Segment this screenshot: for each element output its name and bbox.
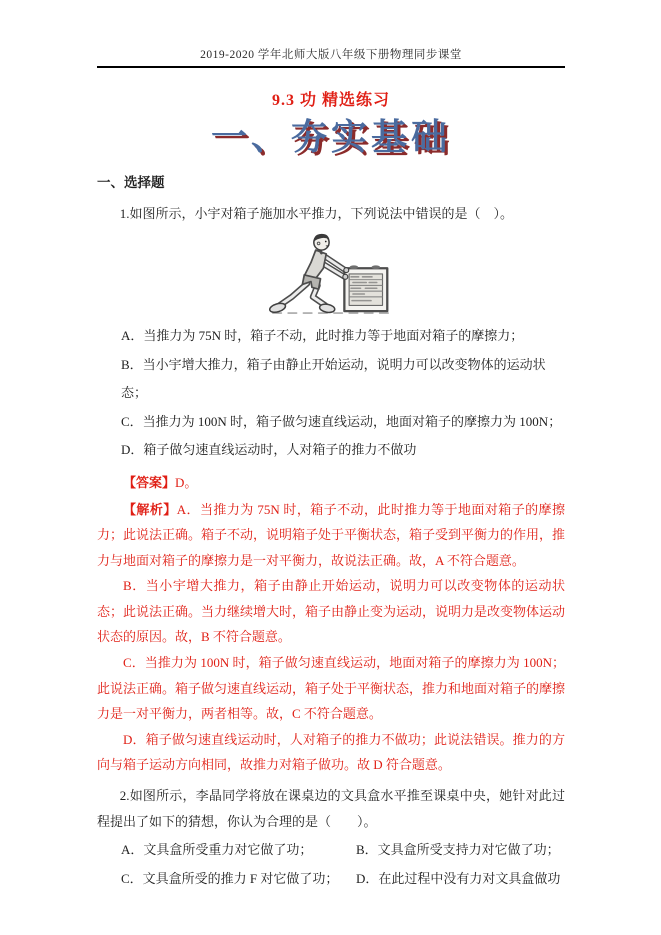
q1-option-d: D．箱子做匀速直线运动时，人对箱子的推力不做功	[97, 436, 565, 465]
analysis-label: 【解析】	[123, 502, 177, 517]
q2-options: A．文具盒所受重力对它做了功； B．文具盒所受支持力对它做了功； C．文具盒所受…	[97, 836, 565, 893]
page-content: 2019-2020 学年北师大版八年级下册物理同步课堂 9.3 功 精选练习 一…	[0, 0, 661, 893]
q2-stem: 2.如图所示，李晶同学将放在课桌边的文具盒水平推至课桌中央，她针对此过程提出了如…	[97, 783, 565, 835]
section-heading: 一、选择题	[97, 171, 565, 191]
q1-analysis-b: B．当小宇增大推力，箱子由静止开始运动，说明力可以改变物体的运动状态；此说法正确…	[97, 573, 565, 650]
answer-label: 【答案】	[123, 475, 175, 490]
q1-option-c: C．当推力为 100N 时，箱子做匀速直线运动，地面对箱子的摩擦力为 100N；	[97, 408, 565, 437]
q2-option-b: B．文具盒所受支持力对它做了功；	[356, 836, 565, 865]
q1-analysis-d: D．箱子做匀速直线运动时，人对箱子的推力不做功；此说法错误。推力的方向与箱子运动…	[97, 727, 565, 778]
q2-option-a: A．文具盒所受重力对它做了功；	[121, 836, 356, 865]
q1-option-b: B．当小宇增大推力，箱子由静止开始运动，说明力可以改变物体的运动状态；	[97, 351, 565, 408]
section-banner-wordart: 一、夯实基础	[97, 115, 565, 161]
boy-pushing-crate-figure	[269, 230, 393, 316]
q1-answer: 【答案】D。	[97, 469, 565, 497]
course-header: 2019-2020 学年北师大版八年级下册物理同步课堂	[97, 0, 565, 62]
q2-option-d: D．在此过程中没有力对文具盒做功	[356, 865, 565, 894]
worksheet-page: 2019-2020 学年北师大版八年级下册物理同步课堂 9.3 功 精选练习 一…	[0, 0, 661, 935]
q1-options: A．当推力为 75N 时，箱子不动，此时推力等于地面对箱子的摩擦力； B．当小宇…	[97, 322, 565, 465]
q1-figure	[97, 230, 565, 320]
answer-value: D。	[175, 475, 197, 490]
q1-option-a: A．当推力为 75N 时，箱子不动，此时推力等于地面对箱子的摩擦力；	[97, 322, 565, 351]
header-divider	[97, 66, 565, 68]
q2-option-c: C．文具盒所受的推力 F 对它做了功；	[121, 865, 356, 894]
q1-analysis-c: C．当推力为 100N 时，箱子做匀速直线运动，地面对箱子的摩擦力为 100N；…	[97, 650, 565, 727]
q1-analysis-a: 【解析】A．当推力为 75N 时，箱子不动，此时推力等于地面对箱子的摩擦力；此说…	[97, 497, 565, 574]
q1-stem: 1.如图所示，小宇对箱子施加水平推力，下列说法中错误的是（ ）。	[97, 201, 565, 227]
crate	[344, 265, 387, 311]
boy	[269, 234, 349, 314]
doc-title: 9.3 功 精选练习	[97, 87, 565, 110]
